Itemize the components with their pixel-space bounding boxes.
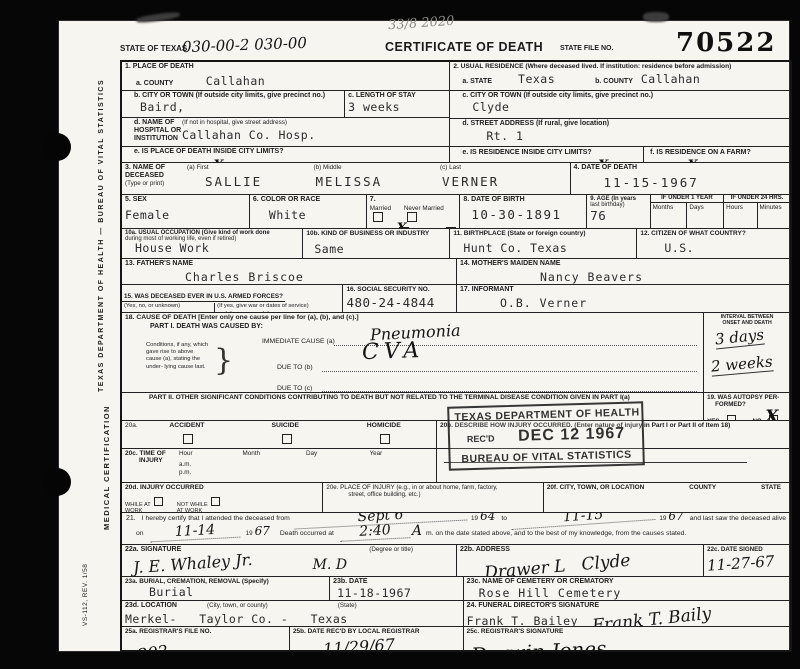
death-county-value: Callahan <box>206 74 265 88</box>
birthplace-label: 11. BIRTHPLACE (State or foreign country… <box>453 230 633 237</box>
time-injury-label: 20c. TIME OF <box>125 450 166 457</box>
residence-street-value: Rt. 1 <box>486 129 787 143</box>
last-seen-year: 67 <box>255 524 270 538</box>
row-cause-of-death: 18. CAUSE OF DEATH [Enter only one cause… <box>122 312 790 392</box>
month-column: Month <box>242 450 305 457</box>
death-city-value: Baird, <box>140 100 341 114</box>
state-file-number: 70522 <box>676 28 776 58</box>
under-1-year-label: IF UNDER 1 YEAR <box>651 195 723 203</box>
section-usual-residence: 2. USUAL RESIDENCE (Where deceased lived… <box>449 62 790 162</box>
field-armed-forces: 15. WAS DECEASED EVER IN U.S. ARMED FORC… <box>122 285 342 312</box>
widowed-option: WidowedX <box>370 227 409 228</box>
place-of-injury-label-2: street, office building, etc.) <box>326 491 539 498</box>
day-column: Day <box>306 450 369 457</box>
field-date-signed: 22c. DATE SIGNED 11-27-67 <box>703 545 790 576</box>
residence-county-label: b. COUNTY <box>595 78 633 86</box>
stamp-line3: BUREAU OF VITAL STATISTICS <box>455 448 637 465</box>
last-seen-value: 11-14 <box>149 521 240 543</box>
mother-name-label: 14. MOTHER'S MAIDEN NAME <box>460 260 787 268</box>
field-occupation: 10a. USUAL OCCUPATION (Give kind of work… <box>122 229 302 258</box>
place-of-injury-label: 20e. PLACE OF INJURY (e.g., in or about … <box>326 484 539 491</box>
autopsy-label: 19. WAS AUTOPSY PER- <box>707 394 787 401</box>
field-if-under-1-year: IF UNDER 1 YEAR Months Days <box>650 195 723 228</box>
checkbox-autopsy-yes <box>727 415 736 420</box>
usual-residence-title: 2. USUAL RESIDENCE (Where deceased lived… <box>450 62 790 72</box>
certify-text-2: and last saw the deceased alive <box>690 515 786 522</box>
while-at-work-option: WHILE ATWORK <box>125 502 151 512</box>
birthplace-value: Hunt Co. Texas <box>463 241 633 255</box>
certify-on-label: on <box>136 530 144 537</box>
year-prefix: 19 <box>471 515 478 522</box>
race-value: White <box>269 208 363 222</box>
due-to-c-label: DUE TO (c) <box>277 385 312 392</box>
homicide-option: HOMICIDE <box>335 422 433 448</box>
death-time-ampm: A <box>412 523 422 539</box>
row-location-director: 23d. LOCATION (City, town, or county) (S… <box>122 600 790 626</box>
burial-location-value: Merkel- Taylor Co. - Texas <box>125 612 460 626</box>
field-residence-city-limits: e. IS RESIDENCE INSIDE CITY LIMITS? YES … <box>450 147 643 162</box>
minutes-label: Minutes <box>757 203 790 228</box>
checkbox-suicide <box>282 434 292 444</box>
under-24-hrs-label: IF UNDER 24 HRS. <box>724 195 790 203</box>
hole-punch-top <box>43 133 71 161</box>
field-cemetery: 23c. NAME OF CEMETERY OR CREMATORY Rose … <box>463 577 790 600</box>
injury-state-label: STATE <box>761 484 781 491</box>
field-deceased-name: 3. NAME OF DECEASED (Type or print) (a) … <box>122 163 570 194</box>
never-married-option: Never Married <box>404 205 456 223</box>
checkbox-not-while-at-work <box>211 497 220 506</box>
check-mark: X <box>213 158 223 162</box>
cemetery-value: Rose Hill Cemetery <box>479 586 787 600</box>
row-forces-ssn-informant: 15. WAS DECEASED EVER IN U.S. ARMED FORC… <box>122 284 790 312</box>
death-city-limits-label: e. IS PLACE OF DEATH INSIDE CITY LIMITS? <box>134 148 446 156</box>
due-to-b-label: DUE TO (b) <box>277 364 313 372</box>
industry-value: Same <box>314 242 446 256</box>
row-physician: 22a. SIGNATURE (Degree or title) J. E. W… <box>122 544 790 576</box>
field-registrar-file: 25a. REGISTRAR'S FILE NO. 292 <box>122 627 289 650</box>
checkbox-while-at-work <box>154 497 163 506</box>
residence-street-label: d. STREET ADDRESS (If rural, give locati… <box>462 120 787 128</box>
hour-column: Hour a.m. p.m. <box>179 450 242 476</box>
residence-state-label: a. STATE <box>462 78 492 86</box>
year-prefix: 19 <box>659 515 666 522</box>
first-name-label: (a) First <box>187 164 314 171</box>
age-value: 76 <box>590 208 646 223</box>
field-certification: 21. I hereby certify that I attended the… <box>122 513 790 544</box>
date-signed-value: 11-27-67 <box>707 551 788 575</box>
date-of-death-value: 11-15-1967 <box>604 175 787 190</box>
field-injury-occurred: 20d. INJURY OCCURRED WHILE ATWORK NOT WH… <box>122 483 322 512</box>
stamp-date: DEC 12 1967 <box>518 425 626 446</box>
injury-occurred-label: 20d. INJURY OCCURRED <box>125 484 319 492</box>
checkbox-never-married <box>407 212 417 222</box>
row-certification: 21. I hereby certify that I attended the… <box>122 512 790 544</box>
field-interval: INTERVAL BETWEEN ONSET AND DEATH 3 days … <box>703 313 790 392</box>
am-label: a.m. <box>179 461 242 468</box>
field-industry: 10b. KIND OF BUSINESS OR INDUSTRY Same <box>302 229 449 258</box>
citizen-label: 12. CITIZEN OF WHAT COUNTRY? <box>640 230 787 237</box>
burial-date-label: 23b. DATE <box>333 578 460 586</box>
divorced-option: Divorced <box>418 227 456 228</box>
field-residence-limits-farm: e. IS RESIDENCE INSIDE CITY LIMITS? YES … <box>450 146 790 162</box>
field-physician-address: 22b. ADDRESS Drawer L Clyde <box>456 545 703 576</box>
field-marital-status: 7. Married Never Married WidowedX Divorc… <box>366 195 460 228</box>
father-name-value: Charles Briscoe <box>185 270 453 284</box>
checkbox-homicide <box>380 434 390 444</box>
checkbox-widowed: X <box>399 227 409 228</box>
certify-number: 21. <box>126 515 136 523</box>
received-stamp: TEXAS DEPARTMENT OF HEALTH REC'D DEC 12 … <box>447 401 645 470</box>
field-sex: 5. SEX Female <box>122 195 249 228</box>
middle-name-label: (b) Middle <box>314 164 441 171</box>
field-mother-name: 14. MOTHER'S MAIDEN NAME Nancy Beavers <box>456 259 790 284</box>
field-residence-farm: f. IS RESIDENCE ON A FARM? YES X NO <box>643 147 790 162</box>
pm-label: p.m. <box>179 469 242 476</box>
section-cause-of-death: 18. CAUSE OF DEATH [Enter only one cause… <box>122 313 703 392</box>
field-age: 9. AGE (In years last birthday) 76 <box>586 195 649 228</box>
not-while-at-work-option: NOT WHILEAT WORK <box>177 502 208 512</box>
hospital-label-2: HOSPITAL OR <box>134 127 182 135</box>
field-ssn: 16. SOCIAL SECURITY NO. 480-24-4844 <box>342 285 456 312</box>
days-label: Days <box>686 203 723 228</box>
field-hospital: d. NAME OF HOSPITAL OR INSTITUTION (If n… <box>122 117 449 146</box>
last-name-value: VERNER <box>442 174 567 189</box>
manner-number: 20a. <box>125 422 138 429</box>
interval-label-2: ONSET AND DEATH <box>707 320 787 326</box>
field-race: 6. COLOR OR RACE White <box>249 195 366 228</box>
form-header: STATE OF TEXAS 030-00-2 030-00 CERTIFICA… <box>120 36 788 58</box>
field-manner: 20a. ACCIDENT SUICIDE HOMICIDE <box>122 421 436 448</box>
sex-value: Female <box>125 208 246 222</box>
row-burial: 23a. BURIAL, CREMATION, REMOVAL (Specify… <box>122 576 790 600</box>
row-parents: 13. FATHER'S NAME Charles Briscoe 14. MO… <box>122 258 790 284</box>
informant-value: O.B. Verner <box>500 296 787 310</box>
name-label-2: DECEASED <box>125 172 187 180</box>
field-place-of-injury: 20e. PLACE OF INJURY (e.g., in or about … <box>322 483 542 512</box>
stamp-line1: TEXAS DEPARTMENT OF HEALTH <box>454 406 636 423</box>
field-burial-date: 23b. DATE 11-18-1967 <box>329 577 463 600</box>
funeral-director-typed: Frank T. Bailey <box>467 614 578 626</box>
hole-punch-bottom <box>43 468 71 496</box>
field-registrar-signature: 25c. REGISTRAR'S SIGNATURE Darwin Jones <box>463 627 790 650</box>
death-time-value: 2:40 <box>339 521 410 542</box>
certify-to-label: to <box>501 515 507 522</box>
checkbox-autopsy-no: X <box>769 415 778 420</box>
citizen-value: U.S. <box>664 241 787 255</box>
field-death-city-row: b. CITY OR TOWN (If outside city limits,… <box>122 90 449 117</box>
checkbox-divorced <box>446 227 456 228</box>
hospital-paren-label: (If not in hospital, give street address… <box>182 119 316 126</box>
hospital-value: Callahan Co. Hosp. <box>182 128 316 142</box>
date-of-birth-label: 8. DATE OF BIRTH <box>463 196 583 204</box>
field-residence-state-county: a. STATE Texas b. COUNTY Callahan <box>450 72 790 90</box>
row-name-deathdate: 3. NAME OF DECEASED (Type or print) (a) … <box>122 162 790 194</box>
time-injury-label-2: INJURY <box>125 457 163 464</box>
first-name-value: SALLIE <box>205 174 314 189</box>
form-number-side-label: VS-112, REV. 1/58 <box>82 540 89 626</box>
pencil-note: 33/8 2020 <box>388 14 455 34</box>
field-residence-street: d. STREET ADDRESS (If rural, give locati… <box>450 118 790 146</box>
field-time-of-injury: 20c. TIME OF INJURY Hour a.m. p.m. Month… <box>122 449 436 482</box>
immediate-cause-label: IMMEDIATE CAUSE (a) <box>262 338 335 346</box>
checkbox-married <box>373 212 383 222</box>
due-to-c-line <box>322 391 697 392</box>
interval-value-a: 3 days <box>714 325 765 349</box>
ssn-label: 16. SOCIAL SECURITY NO. <box>346 286 453 293</box>
medical-certification-side-label: MEDICAL CERTIFICATION <box>102 392 111 530</box>
residence-state-value: Texas <box>518 72 555 86</box>
stamp-recd-label: REC'D <box>467 433 495 444</box>
field-injury-location: 20f. CITY, TOWN, OR LOCATION COUNTY STAT… <box>543 483 790 512</box>
conditions-note: Conditions, if any, which gave rise to a… <box>146 342 210 371</box>
armed-forces-label: 15. WAS DECEASED EVER IN U.S. ARMED FORC… <box>122 292 285 302</box>
field-death-city: b. CITY OR TOWN (If outside city limits,… <box>122 91 344 117</box>
certificate-form: 1. PLACE OF DEATH a. COUNTY Callahan b. … <box>120 60 792 652</box>
field-date-of-death: 4. DATE OF DEATH 11-15-1967 <box>570 163 790 194</box>
check-mark: X <box>765 407 778 420</box>
state-file-no-label: STATE FILE NO. <box>560 45 613 53</box>
part2-label: PART II. OTHER SIGNIFICANT CONDITIONS CO… <box>125 394 700 402</box>
burial-location-sub: (City, town, or county) <box>207 602 268 609</box>
residence-county-value: Callahan <box>641 72 700 86</box>
length-of-stay-label: c. LENGTH OF STAY <box>348 92 446 100</box>
attended-from-year: 64 <box>480 513 495 523</box>
certify-text-4: m. on the date stated above, and to the … <box>426 530 686 537</box>
state-of-texas-label: STATE OF TEXAS <box>120 44 187 53</box>
date-of-birth-value: 10-30-1891 <box>471 207 583 222</box>
row-registrar: 25a. REGISTRAR'S FILE NO. 292 25b. DATE … <box>122 626 790 650</box>
name-label-1: 3. NAME OF <box>125 164 187 172</box>
physician-degree: M. D <box>313 557 347 573</box>
field-death-city-limits: e. IS PLACE OF DEATH INSIDE CITY LIMITS?… <box>122 146 449 162</box>
check-mark: X <box>598 158 608 162</box>
death-county-label: a. COUNTY <box>136 80 173 87</box>
field-physician-signature: 22a. SIGNATURE (Degree or title) J. E. W… <box>122 545 456 576</box>
field-residence-city: c. CITY OR TOWN (If outside city limits,… <box>450 90 790 118</box>
burial-type-value: Burial <box>149 585 326 599</box>
signature-label: 22a. SIGNATURE <box>125 546 181 554</box>
due-to-b-value: CVA <box>362 338 425 365</box>
certificate-page: 33/8 2020 STATE OF TEXAS 030-00-2 030-00… <box>58 20 790 652</box>
field-informant: 17. INFORMANT O.B. Verner <box>456 285 790 312</box>
date-of-death-label: 4. DATE OF DEATH <box>574 164 787 172</box>
field-death-county: a. COUNTY Callahan <box>122 72 449 90</box>
field-if-under-24-hrs: IF UNDER 24 HRS. Hours Minutes <box>723 195 790 228</box>
row-injury-place: 20d. INJURY OCCURRED WHILE ATWORK NOT WH… <box>122 482 790 512</box>
field-length-of-stay: c. LENGTH OF STAY 3 weeks <box>344 91 449 117</box>
months-label: Months <box>651 203 687 228</box>
residence-limits-label: e. IS RESIDENCE INSIDE CITY LIMITS? <box>462 149 640 157</box>
field-registrar-date: 25b. DATE REC'D BY LOCAL REGISTRAR 11/29… <box>289 627 463 650</box>
occupation-value: House Work <box>135 241 299 255</box>
burial-location-label: 23d. LOCATION <box>125 602 177 610</box>
length-of-stay-value: 3 weeks <box>348 100 446 114</box>
middle-name-value: MELISSA <box>316 174 441 189</box>
row-occupation: 10a. USUAL OCCUPATION (Give kind of work… <box>122 228 790 258</box>
informant-label: 17. INFORMANT <box>460 286 787 294</box>
field-citizen: 12. CITIZEN OF WHAT COUNTRY? U.S. <box>636 229 790 258</box>
check-mark: X <box>397 221 407 228</box>
department-side-label: TEXAS DEPARTMENT OF HEALTH — BUREAU OF V… <box>98 62 105 392</box>
scan-smudge <box>643 12 669 22</box>
ssn-value: 480-24-4844 <box>346 295 453 310</box>
field-funeral-director: 24. FUNERAL DIRECTOR'S SIGNATURE Frank T… <box>463 601 790 626</box>
field-father-name: 13. FATHER'S NAME Charles Briscoe <box>122 259 456 284</box>
year-column: Year <box>369 450 432 457</box>
handwritten-file-code: 030-00-2 030-00 <box>182 34 308 56</box>
name-label-3: (Type or print) <box>125 180 187 187</box>
residence-farm-label: f. IS RESIDENCE ON A FARM? <box>650 149 787 157</box>
injury-county-label: COUNTY <box>644 484 761 491</box>
burial-location-sub2: (State) <box>338 602 357 609</box>
hospital-label-3: INSTITUTION <box>134 135 182 143</box>
accident-option: ACCIDENT <box>138 422 236 448</box>
field-date-of-birth: 8. DATE OF BIRTH 10-30-1891 <box>459 195 586 228</box>
burial-date-value: 11-18-1967 <box>337 586 460 600</box>
section-place-of-death: 1. PLACE OF DEATH a. COUNTY Callahan b. … <box>122 62 449 162</box>
scan-smudge <box>136 11 181 24</box>
armed-forces-value2: X X <box>225 309 340 312</box>
row-place-residence: 1. PLACE OF DEATH a. COUNTY Callahan b. … <box>122 62 790 162</box>
field-birthplace: 11. BIRTHPLACE (State or foreign country… <box>449 229 636 258</box>
funeral-director-label: 24. FUNERAL DIRECTOR'S SIGNATURE <box>467 602 787 610</box>
residence-city-label: c. CITY OR TOWN (If outside city limits,… <box>462 92 787 100</box>
certificate-title: CERTIFICATE OF DEATH <box>385 40 543 54</box>
yes-label: YES <box>707 418 719 420</box>
hours-label: Hours <box>724 203 756 228</box>
attended-to-value: 11-15 <box>511 513 656 530</box>
interval-value-b: 2 weeks <box>710 352 773 376</box>
race-label: 6. COLOR OR RACE <box>253 196 363 204</box>
conditions-brace: } <box>214 343 233 378</box>
field-burial-location: 23d. LOCATION (City, town, or county) (S… <box>122 601 463 626</box>
cemetery-label: 23c. NAME OF CEMETERY OR CREMATORY <box>467 578 787 586</box>
certify-text-3: Death occurred at <box>280 530 334 537</box>
sex-label: 5. SEX <box>125 196 246 204</box>
row-demographics: 5. SEX Female 6. COLOR OR RACE White 7. … <box>122 194 790 228</box>
armed-forces-value: no <box>130 309 212 312</box>
residence-city-value: Clyde <box>472 100 787 114</box>
year-prefix: 19 <box>246 530 253 537</box>
cause-of-death-label: 18. CAUSE OF DEATH [Enter only one cause… <box>122 313 703 323</box>
field-autopsy: 19. WAS AUTOPSY PER- FORMED? YES NO X <box>703 393 790 420</box>
due-to-b-line <box>322 371 697 372</box>
mother-name-value: Nancy Beavers <box>540 270 787 284</box>
industry-label: 10b. KIND OF BUSINESS OR INDUSTRY <box>306 230 446 237</box>
place-of-death-title: 1. PLACE OF DEATH <box>122 62 449 72</box>
burial-type-label: 23a. BURIAL, CREMATION, REMOVAL (Specify… <box>125 578 326 585</box>
checkbox-accident <box>183 434 193 444</box>
last-name-label: (c) Last <box>440 164 567 171</box>
marital-label: 7. <box>370 196 457 204</box>
suicide-option: SUICIDE <box>236 422 334 448</box>
field-burial-type: 23a. BURIAL, CREMATION, REMOVAL (Specify… <box>122 577 329 600</box>
attended-to-year: 67 <box>668 513 683 523</box>
no-label: NO <box>752 418 761 420</box>
father-name-label: 13. FATHER'S NAME <box>125 260 453 268</box>
injury-city-label: 20f. CITY, TOWN, OR LOCATION <box>547 484 644 491</box>
death-city-label: b. CITY OR TOWN (If outside city limits,… <box>134 92 325 99</box>
hospital-label-1: d. NAME OF <box>134 119 182 127</box>
check-mark: X <box>688 158 698 162</box>
